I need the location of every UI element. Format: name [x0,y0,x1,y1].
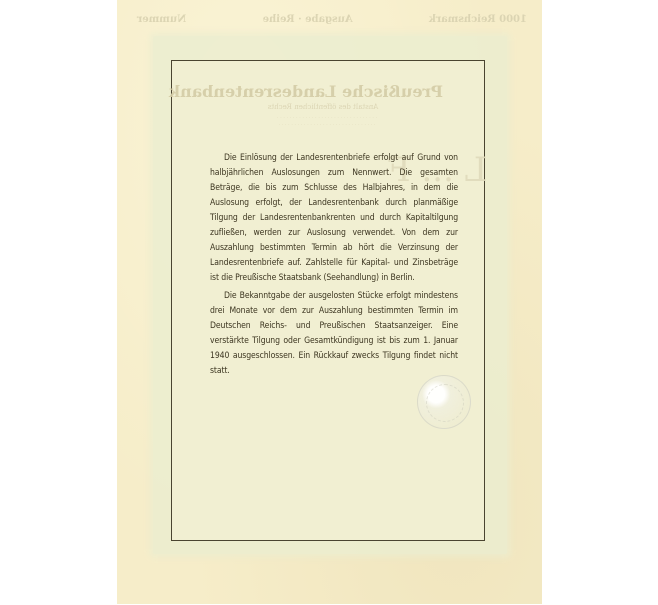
paragraph-redemption: Die Einlösung der Landesrentenbriefe erf… [210,151,458,286]
show-through-line: · · · · · · · · · · · · · · · · · · · · … [177,115,477,122]
show-through-header-center: Ausgabe · Reihe [263,14,353,25]
paragraph-announcement: Die Bekanntgabe der ausgelosten Stücke e… [210,289,458,379]
show-through-title: Preußische Landesrentenbank [203,82,443,101]
seal-ring [426,384,464,422]
terms-text: Die Einlösung der Landesrentenbriefe erf… [210,151,458,382]
show-through-subtitle: Anstalt des öffentlichen Rechts [203,103,443,111]
show-through-header-left: 1000 Reichsmark [429,14,527,25]
embossed-seal-icon [417,375,471,429]
show-through-header: 1000 Reichsmark Ausgabe · Reihe Nummer [137,14,527,25]
document-paper: 1000 Reichsmark Ausgabe · Reihe Nummer P… [117,0,542,604]
show-through-line: · · · · · · · · · · · · · · · · · · · · … [177,122,477,129]
show-through-fine-lines: · · · · · · · · · · · · · · · · · · · · … [177,115,477,129]
show-through-header-right: Nummer [137,14,186,25]
